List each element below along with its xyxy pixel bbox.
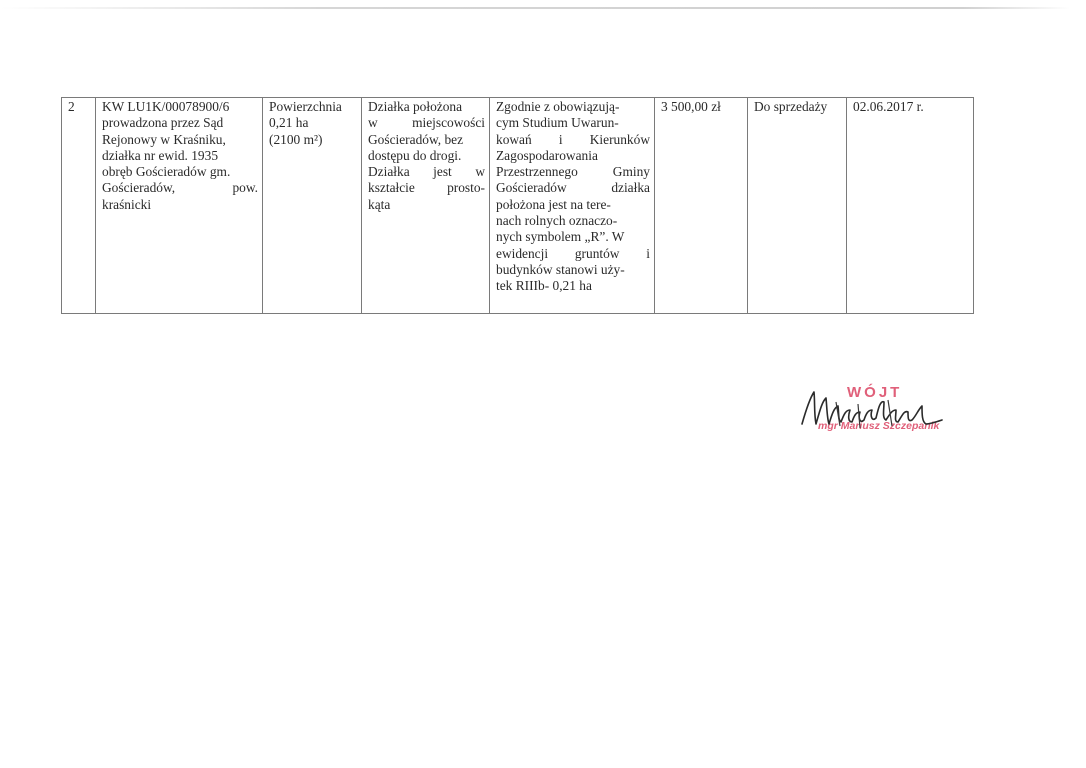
planning-line: cym Studium Uwarun- bbox=[496, 115, 650, 131]
date: 02.06.2017 r. bbox=[853, 99, 924, 114]
area-line: 0,21 ha bbox=[269, 115, 357, 131]
description-line: Gościeradów, bez bbox=[368, 132, 485, 148]
price: 3 500,00 zł bbox=[661, 99, 721, 114]
table-row: 2 KW LU1K/00078900/6prowadzona przez Sąd… bbox=[62, 98, 974, 314]
planning-line: nach rolnych oznaczo- bbox=[496, 213, 650, 229]
description-line: w miejscowości bbox=[368, 115, 485, 131]
property-table: 2 KW LU1K/00078900/6prowadzona przez Sąd… bbox=[61, 97, 974, 314]
cell-date: 02.06.2017 r. bbox=[847, 98, 974, 314]
kw-line: KW LU1K/00078900/6 bbox=[102, 99, 258, 115]
area-line: (2100 m²) bbox=[269, 132, 357, 148]
signature-stamp: WÓJT mgr Mariusz Szczepanik bbox=[800, 380, 950, 440]
planning-line: Zagospodarowania bbox=[496, 148, 650, 164]
kw-line: Gościeradów, pow. bbox=[102, 180, 258, 196]
description-line: dostępu do drogi. bbox=[368, 148, 485, 164]
top-scan-rule bbox=[0, 7, 1070, 9]
kw-line: kraśnicki bbox=[102, 197, 258, 213]
kw-line: działka nr ewid. 1935 bbox=[102, 148, 258, 164]
description-line: kształcie prosto- bbox=[368, 180, 485, 196]
cell-price: 3 500,00 zł bbox=[655, 98, 748, 314]
kw-line: obręb Gościeradów gm. bbox=[102, 164, 258, 180]
planning-line: Przestrzennego Gminy bbox=[496, 164, 650, 180]
planning-line: Gościeradów działka bbox=[496, 180, 650, 196]
kw-line: Rejonowy w Kraśniku, bbox=[102, 132, 258, 148]
cell-purpose: Do sprzedaży bbox=[748, 98, 847, 314]
cell-description: Działka położonaw miejscowościGościeradó… bbox=[362, 98, 490, 314]
cell-planning: Zgodnie z obowiązują-cym Studium Uwarun-… bbox=[490, 98, 655, 314]
planning-line: Zgodnie z obowiązują- bbox=[496, 99, 650, 115]
area-line: Powierzchnia bbox=[269, 99, 357, 115]
kw-line: prowadzona przez Sąd bbox=[102, 115, 258, 131]
planning-line: nych symbolem „R”. W bbox=[496, 229, 650, 245]
planning-line: kowań i Kierunków bbox=[496, 132, 650, 148]
description-line: Działka jest w bbox=[368, 164, 485, 180]
purpose: Do sprzedaży bbox=[754, 99, 827, 114]
row-number: 2 bbox=[68, 99, 75, 114]
cell-land-register: KW LU1K/00078900/6prowadzona przez SądRe… bbox=[96, 98, 263, 314]
planning-line: położona jest na tere- bbox=[496, 197, 650, 213]
planning-line: tek RIIIb- 0,21 ha bbox=[496, 278, 650, 294]
cell-lp: 2 bbox=[62, 98, 96, 314]
cell-area: Powierzchnia0,21 ha(2100 m²) bbox=[263, 98, 362, 314]
handwritten-signature-icon bbox=[800, 380, 950, 440]
planning-line: ewidencji gruntów i bbox=[496, 246, 650, 262]
description-line: Działka położona bbox=[368, 99, 485, 115]
description-line: kąta bbox=[368, 197, 485, 213]
planning-line: budynków stanowi uży- bbox=[496, 262, 650, 278]
